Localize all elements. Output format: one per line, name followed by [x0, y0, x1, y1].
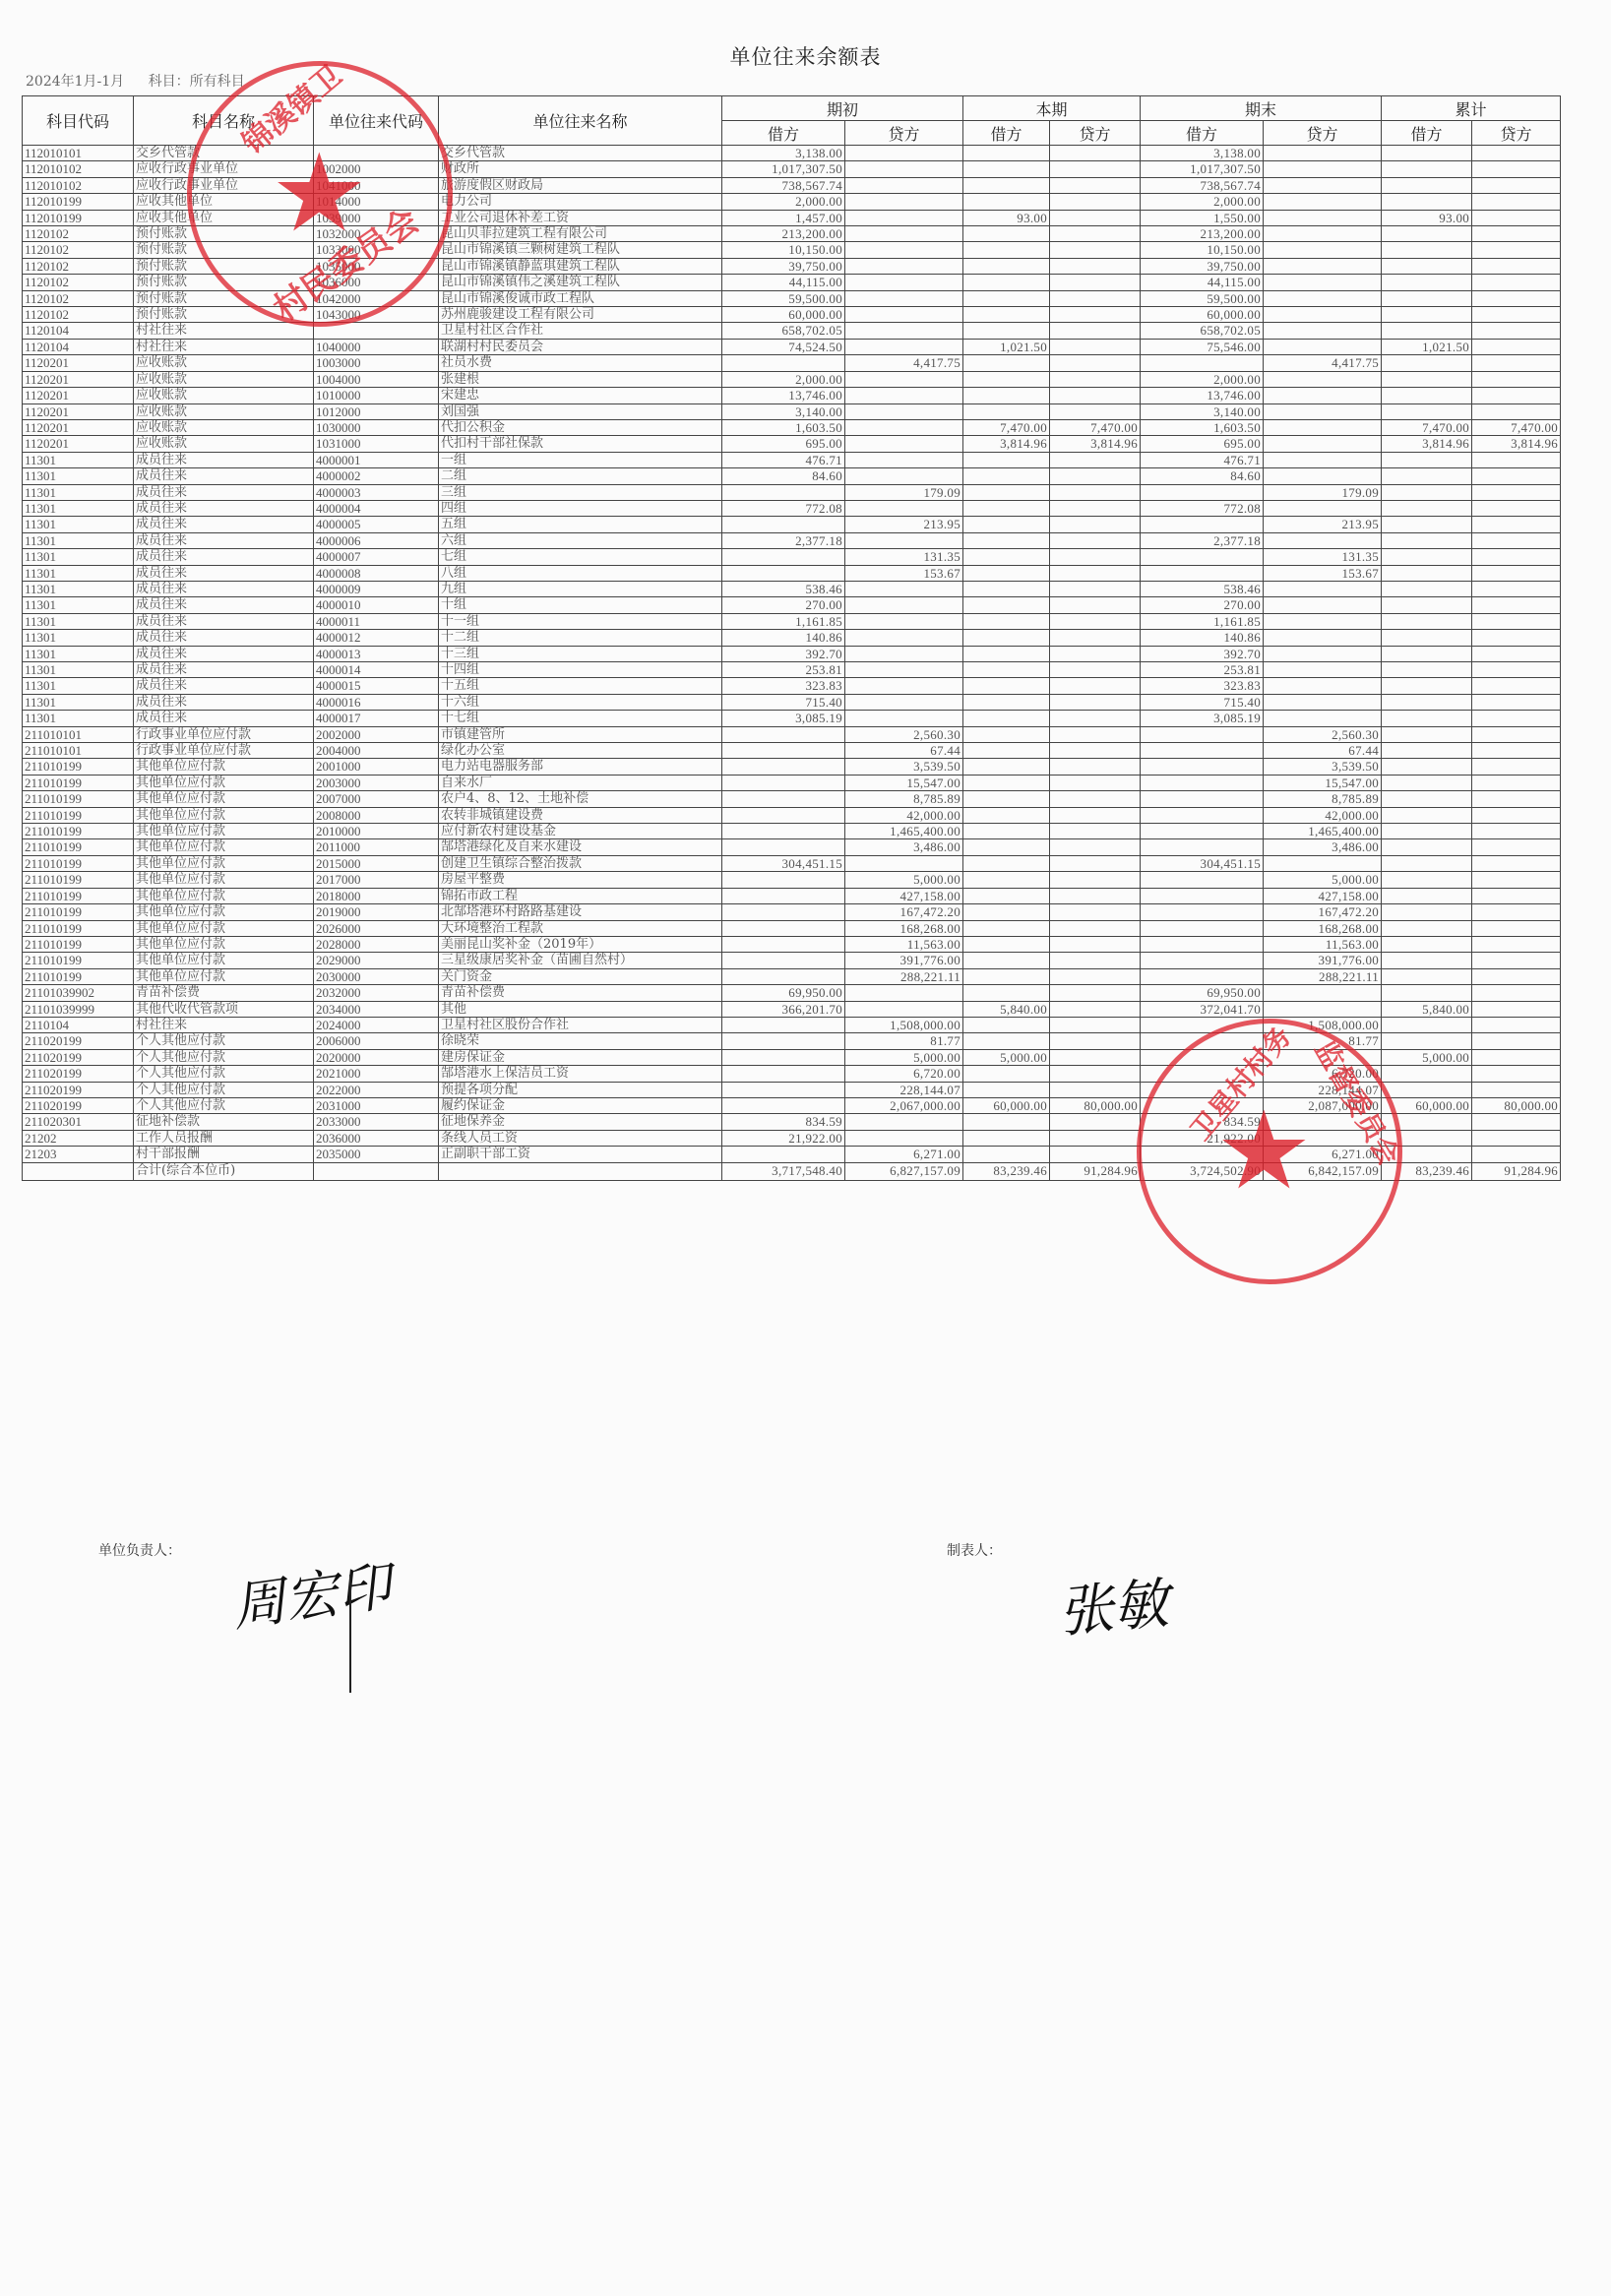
- cumulative-debit-cell: [1382, 1033, 1472, 1049]
- total-cumulative-credit: 91,284.96: [1472, 1162, 1561, 1180]
- subject-name-cell: 村社往来: [134, 339, 314, 354]
- table-row: 211020199个人其他应付款2022000预提各项分配228,144.072…: [23, 1082, 1561, 1097]
- opening-credit-cell: [845, 146, 963, 161]
- unit-code-cell: 2017000: [314, 872, 439, 888]
- closing-debit-cell: [1141, 936, 1264, 952]
- cumulative-credit-cell: [1472, 323, 1561, 339]
- current-credit-cell: [1050, 226, 1141, 242]
- opening-debit-cell: 695.00: [722, 436, 845, 452]
- subject-name-cell: 其他单位应付款: [134, 968, 314, 984]
- unit-name-cell: 十二组: [439, 630, 722, 646]
- table-row: 11301成员往来4000015十五组323.83323.83: [23, 678, 1561, 694]
- closing-debit-cell: [1141, 872, 1264, 888]
- table-row: 211010199其他单位应付款2030000关门资金288,221.11288…: [23, 968, 1561, 984]
- unit-name-cell: 条线人员工资: [439, 1130, 722, 1146]
- unit-name-cell: 卫星村社区合作社: [439, 323, 722, 339]
- unit-name-cell: 建房保证金: [439, 1049, 722, 1065]
- subject-name-cell: 其他单位应付款: [134, 888, 314, 903]
- subject-name-cell: 其他单位应付款: [134, 872, 314, 888]
- current-credit-cell: [1050, 775, 1141, 790]
- unit-name-cell: 张建根: [439, 371, 722, 387]
- opening-debit-cell: 253.81: [722, 662, 845, 678]
- closing-debit-cell: [1141, 549, 1264, 565]
- cumulative-debit-cell: [1382, 1082, 1472, 1097]
- unit-code-cell: 2030000: [314, 968, 439, 984]
- opening-debit-cell: 270.00: [722, 597, 845, 613]
- subject-name-cell: 成员往来: [134, 517, 314, 532]
- cumulative-debit-cell: [1382, 323, 1472, 339]
- subject-name-cell: 其他代收代管款项: [134, 1001, 314, 1017]
- closing-debit-cell: 1,017,307.50: [1141, 161, 1264, 177]
- subject-code-cell: 211010199: [23, 920, 134, 936]
- opening-credit-cell: [845, 290, 963, 306]
- subject-name-cell: 成员往来: [134, 500, 314, 516]
- table-row: 11301成员往来4000016十六组715.40715.40: [23, 694, 1561, 710]
- unit-name-cell: 宋建忠: [439, 388, 722, 403]
- closing-debit-cell: [1141, 920, 1264, 936]
- cumulative-debit-cell: 7,470.00: [1382, 419, 1472, 435]
- opening-debit-cell: [722, 1017, 845, 1032]
- cumulative-credit-cell: [1472, 146, 1561, 161]
- cumulative-credit-cell: [1472, 226, 1561, 242]
- opening-credit-cell: [845, 855, 963, 871]
- closing-credit-cell: [1264, 1114, 1382, 1130]
- closing-debit-cell: [1141, 1066, 1264, 1082]
- subject-code-cell: 211010101: [23, 726, 134, 742]
- subject-code-cell: 1120104: [23, 339, 134, 354]
- opening-debit-cell: [722, 1066, 845, 1082]
- current-credit-cell: [1050, 1130, 1141, 1146]
- closing-credit-cell: [1264, 307, 1382, 323]
- opening-debit-cell: 772.08: [722, 500, 845, 516]
- cumulative-debit-cell: [1382, 500, 1472, 516]
- subject-code-cell: 211010101: [23, 743, 134, 759]
- subject-name-cell: 成员往来: [134, 532, 314, 548]
- opening-credit-cell: [845, 662, 963, 678]
- cumulative-credit-cell: [1472, 1033, 1561, 1049]
- current-credit-cell: [1050, 323, 1141, 339]
- table-row: 11301成员往来4000006六组2,377.182,377.18: [23, 532, 1561, 548]
- unit-code-cell: 2035000: [314, 1147, 439, 1162]
- unit-code-cell: 1010000: [314, 388, 439, 403]
- cumulative-credit-cell: [1472, 290, 1561, 306]
- subject-code-cell: 21101039999: [23, 1001, 134, 1017]
- current-debit-cell: [963, 646, 1050, 661]
- unit-code-cell: 2002000: [314, 726, 439, 742]
- table-row: 211010199其他单位应付款2029000三星级康居奖补金（苗圃自然村）39…: [23, 953, 1561, 968]
- cumulative-debit-cell: [1382, 726, 1472, 742]
- closing-credit-cell: [1264, 371, 1382, 387]
- opening-debit-cell: [722, 968, 845, 984]
- cumulative-credit-cell: [1472, 339, 1561, 354]
- current-credit-cell: [1050, 694, 1141, 710]
- cumulative-debit-cell: [1382, 953, 1472, 968]
- subject-code-cell: 211020199: [23, 1097, 134, 1113]
- subject-name-cell: 成员往来: [134, 581, 314, 596]
- closing-debit-cell: 2,377.18: [1141, 532, 1264, 548]
- subject-code-cell: 1120201: [23, 419, 134, 435]
- current-debit-cell: [963, 565, 1050, 581]
- closing-debit-cell: [1141, 565, 1264, 581]
- closing-debit-cell: [1141, 355, 1264, 371]
- current-debit-cell: [963, 985, 1050, 1001]
- unit-code-cell: 2026000: [314, 920, 439, 936]
- table-row: 211010199其他单位应付款2011000郜塔港绿化及自来水建设3,486.…: [23, 839, 1561, 855]
- unit-code-cell: 2018000: [314, 888, 439, 903]
- subject-code-cell: 1120102: [23, 258, 134, 274]
- opening-debit-cell: [722, 872, 845, 888]
- current-credit-cell: [1050, 1033, 1141, 1049]
- closing-credit-cell: 81.77: [1264, 1033, 1382, 1049]
- table-row: 1120104村社往来1040000联湖村村民委员会74,524.501,021…: [23, 339, 1561, 354]
- cumulative-debit-cell: [1382, 662, 1472, 678]
- current-debit-cell: [963, 953, 1050, 968]
- opening-credit-cell: 3,539.50: [845, 759, 963, 775]
- current-credit-cell: [1050, 824, 1141, 839]
- opening-credit-cell: 288,221.11: [845, 968, 963, 984]
- current-debit-cell: [963, 743, 1050, 759]
- subject-name-cell: 应收其他单位: [134, 210, 314, 225]
- closing-debit-cell: 13,746.00: [1141, 388, 1264, 403]
- current-credit-cell: [1050, 468, 1141, 484]
- table-row: 112010199应收其他单位1014000电力公司2,000.002,000.…: [23, 194, 1561, 210]
- header-debit: 借方: [722, 121, 845, 146]
- opening-debit-cell: [722, 791, 845, 807]
- closing-debit-cell: 84.60: [1141, 468, 1264, 484]
- table-row: 11301成员往来4000005五组213.95213.95: [23, 517, 1561, 532]
- current-debit-cell: [963, 597, 1050, 613]
- total-row: 合计(综合本位币)3,717,548.406,827,157.0983,239.…: [23, 1162, 1561, 1180]
- unit-code-cell: 4000016: [314, 694, 439, 710]
- closing-credit-cell: 213.95: [1264, 517, 1382, 532]
- opening-debit-cell: [722, 1147, 845, 1162]
- opening-debit-cell: 3,138.00: [722, 146, 845, 161]
- table-row: 11301成员往来4000003三组179.09179.09: [23, 484, 1561, 500]
- current-credit-cell: [1050, 839, 1141, 855]
- unit-name-cell: 郜塔港水上保洁员工资: [439, 1066, 722, 1082]
- current-debit-cell: [963, 307, 1050, 323]
- opening-debit-cell: 13,746.00: [722, 388, 845, 403]
- opening-debit-cell: 658,702.05: [722, 323, 845, 339]
- closing-debit-cell: [1141, 517, 1264, 532]
- closing-credit-cell: [1264, 452, 1382, 467]
- opening-debit-cell: 3,085.19: [722, 711, 845, 726]
- unit-code-cell: 4000009: [314, 581, 439, 596]
- header-credit: 贷方: [845, 121, 963, 146]
- closing-credit-cell: [1264, 1001, 1382, 1017]
- cumulative-credit-cell: [1472, 711, 1561, 726]
- current-credit-cell: [1050, 290, 1141, 306]
- cumulative-credit-cell: [1472, 613, 1561, 629]
- cumulative-credit-cell: [1472, 694, 1561, 710]
- opening-credit-cell: 228,144.07: [845, 1082, 963, 1097]
- opening-debit-cell: 69,950.00: [722, 985, 845, 1001]
- opening-credit-cell: 213.95: [845, 517, 963, 532]
- closing-debit-cell: 213,200.00: [1141, 226, 1264, 242]
- header-unit-name: 单位往来名称: [439, 96, 722, 146]
- closing-debit-cell: [1141, 824, 1264, 839]
- cumulative-debit-cell: [1382, 242, 1472, 258]
- current-debit-cell: [963, 226, 1050, 242]
- subject-code-cell: 211010199: [23, 775, 134, 790]
- current-credit-cell: [1050, 1114, 1141, 1130]
- subject-code-cell: 211010199: [23, 872, 134, 888]
- closing-debit-cell: 1,550.00: [1141, 210, 1264, 225]
- unit-code-cell: 1012000: [314, 403, 439, 419]
- subject-name-cell: 成员往来: [134, 662, 314, 678]
- header-cumulative: 累计: [1382, 96, 1561, 121]
- current-credit-cell: [1050, 872, 1141, 888]
- current-debit-cell: [963, 355, 1050, 371]
- period: 2024年1月-1月: [26, 74, 124, 90]
- subject-code-cell: 211010199: [23, 904, 134, 920]
- cumulative-debit-cell: [1382, 549, 1472, 565]
- table-row: 11301成员往来4000017十七组3,085.193,085.19: [23, 711, 1561, 726]
- subject-name-cell: 成员往来: [134, 597, 314, 613]
- cumulative-credit-cell: [1472, 1001, 1561, 1017]
- unit-code-cell: 1036000: [314, 275, 439, 290]
- opening-credit-cell: [845, 468, 963, 484]
- table-row: 11301成员往来4000007七组131.35131.35: [23, 549, 1561, 565]
- opening-debit-cell: 59,500.00: [722, 290, 845, 306]
- subject-code-cell: 1120102: [23, 290, 134, 306]
- subject-code-cell: 11301: [23, 711, 134, 726]
- subject-name-cell: 成员往来: [134, 549, 314, 565]
- subject-name-cell: 其他单位应付款: [134, 920, 314, 936]
- current-debit-cell: 3,814.96: [963, 436, 1050, 452]
- closing-credit-cell: [1264, 630, 1382, 646]
- subject-code-cell: 11301: [23, 517, 134, 532]
- closing-credit-cell: 2,560.30: [1264, 726, 1382, 742]
- table-row: 1120102预付账款1042000昆山市锦溪俊诚市政工程队59,500.005…: [23, 290, 1561, 306]
- cumulative-debit-cell: [1382, 177, 1472, 193]
- opening-debit-cell: [722, 775, 845, 790]
- opening-credit-cell: [845, 985, 963, 1001]
- current-credit-cell: [1050, 678, 1141, 694]
- subject-name-cell: 征地补偿款: [134, 1114, 314, 1130]
- current-debit-cell: [963, 275, 1050, 290]
- closing-credit-cell: [1264, 1130, 1382, 1146]
- total-current-credit: 91,284.96: [1050, 1162, 1141, 1180]
- current-debit-cell: [963, 468, 1050, 484]
- table-row: 211020301征地补偿款2033000征地保养金834.59834.59: [23, 1114, 1561, 1130]
- total-closing-debit: 3,724,502.90: [1141, 1162, 1264, 1180]
- cumulative-credit-cell: [1472, 662, 1561, 678]
- unit-name-cell: 昆山市锦溪俊诚市政工程队: [439, 290, 722, 306]
- unit-code-cell: 4000006: [314, 532, 439, 548]
- current-debit-cell: [963, 711, 1050, 726]
- table-row: 1120102预付账款1032000昆山贝菲拉建筑工程有限公司213,200.0…: [23, 226, 1561, 242]
- unit-code-cell: 2033000: [314, 1114, 439, 1130]
- subject-code-cell: 211020301: [23, 1114, 134, 1130]
- closing-credit-cell: [1264, 855, 1382, 871]
- cumulative-debit-cell: [1382, 630, 1472, 646]
- cumulative-credit-cell: [1472, 985, 1561, 1001]
- unit-name-cell: 征地保养金: [439, 1114, 722, 1130]
- subject-code-cell: 2110104: [23, 1017, 134, 1032]
- current-credit-cell: [1050, 791, 1141, 807]
- cumulative-credit-cell: 80,000.00: [1472, 1097, 1561, 1113]
- current-debit-cell: [963, 662, 1050, 678]
- closing-credit-cell: [1264, 388, 1382, 403]
- unit-name-cell: 电力公司: [439, 194, 722, 210]
- subject-code-cell: 211010199: [23, 791, 134, 807]
- cumulative-credit-cell: [1472, 759, 1561, 775]
- cumulative-debit-cell: [1382, 258, 1472, 274]
- current-credit-cell: [1050, 355, 1141, 371]
- subject-code-cell: 1120201: [23, 355, 134, 371]
- table-row: 211020199个人其他应付款2021000郜塔港水上保洁员工资6,720.0…: [23, 1066, 1561, 1082]
- opening-credit-cell: [845, 597, 963, 613]
- total-empty-cell: [439, 1162, 722, 1180]
- subject-name-cell: 行政事业单位应付款: [134, 743, 314, 759]
- closing-credit-cell: [1264, 194, 1382, 210]
- closing-credit-cell: 167,472.20: [1264, 904, 1382, 920]
- header-subject-name: 科目名称: [134, 96, 314, 146]
- unit-code-cell: 2006000: [314, 1033, 439, 1049]
- unit-name-cell: 正副职干部工资: [439, 1147, 722, 1162]
- cumulative-debit-cell: [1382, 872, 1472, 888]
- signature-stroke: [349, 1575, 351, 1693]
- closing-debit-cell: [1141, 726, 1264, 742]
- unit-name-cell: 预提各项分配: [439, 1082, 722, 1097]
- unit-code-cell: 4000010: [314, 597, 439, 613]
- subject-code-cell: 11301: [23, 565, 134, 581]
- opening-credit-cell: [845, 194, 963, 210]
- table-row: 1120102预付账款1036000昆山市锦溪镇伟之溪建筑工程队44,115.0…: [23, 275, 1561, 290]
- unit-name-cell: 代扣村干部社保款: [439, 436, 722, 452]
- cumulative-credit-cell: [1472, 371, 1561, 387]
- opening-credit-cell: 15,547.00: [845, 775, 963, 790]
- table-row: 1120201应收账款1012000刘国强3,140.003,140.00: [23, 403, 1561, 419]
- opening-credit-cell: [845, 161, 963, 177]
- unit-name-cell: 农户4、8、12、土地补偿: [439, 791, 722, 807]
- unit-code-cell: 1032000: [314, 226, 439, 242]
- closing-debit-cell: 695.00: [1141, 436, 1264, 452]
- cumulative-credit-cell: [1472, 1130, 1561, 1146]
- cumulative-credit-cell: [1472, 597, 1561, 613]
- cumulative-debit-cell: [1382, 1017, 1472, 1032]
- total-current-debit: 83,239.46: [963, 1162, 1050, 1180]
- subject-code-cell: 211010199: [23, 888, 134, 903]
- cumulative-credit-cell: [1472, 258, 1561, 274]
- current-debit-cell: [963, 726, 1050, 742]
- subject-name-cell: 个人其他应付款: [134, 1097, 314, 1113]
- cumulative-credit-cell: [1472, 388, 1561, 403]
- opening-debit-cell: [722, 824, 845, 839]
- opening-debit-cell: [722, 953, 845, 968]
- unit-name-cell: 美丽昆山奖补金（2019年）: [439, 936, 722, 952]
- closing-credit-cell: [1264, 646, 1382, 661]
- closing-debit-cell: 304,451.15: [1141, 855, 1264, 871]
- current-debit-cell: [963, 517, 1050, 532]
- closing-debit-cell: [1141, 775, 1264, 790]
- table-row: 112010101交乡代管款交乡代管款3,138.003,138.00: [23, 146, 1561, 161]
- closing-debit-cell: 834.59: [1141, 1114, 1264, 1130]
- cumulative-debit-cell: [1382, 517, 1472, 532]
- current-debit-cell: [963, 920, 1050, 936]
- opening-credit-cell: 5,000.00: [845, 1049, 963, 1065]
- cumulative-debit-cell: [1382, 146, 1472, 161]
- subject-code-cell: 11301: [23, 678, 134, 694]
- closing-debit-cell: 538.46: [1141, 581, 1264, 596]
- opening-debit-cell: 392.70: [722, 646, 845, 661]
- current-debit-cell: [963, 1017, 1050, 1032]
- table-row: 211010199其他单位应付款2001000电力站电器服务部3,539.503…: [23, 759, 1561, 775]
- cumulative-credit-cell: [1472, 646, 1561, 661]
- cumulative-credit-cell: [1472, 194, 1561, 210]
- opening-credit-cell: 42,000.00: [845, 807, 963, 823]
- current-credit-cell: [1050, 532, 1141, 548]
- opening-debit-cell: [722, 1097, 845, 1113]
- unit-name-cell: 锦拓市政工程: [439, 888, 722, 903]
- current-debit-cell: [963, 936, 1050, 952]
- closing-credit-cell: 2,087,000.00: [1264, 1097, 1382, 1113]
- unit-code-cell: 1033000: [314, 242, 439, 258]
- subject-code-cell: 11301: [23, 646, 134, 661]
- unit-name-cell: 电力站电器服务部: [439, 759, 722, 775]
- current-debit-cell: 93.00: [963, 210, 1050, 225]
- opening-debit-cell: [722, 904, 845, 920]
- subject-name-cell: 预付账款: [134, 258, 314, 274]
- subject-name-cell: 成员往来: [134, 452, 314, 467]
- unit-name-cell: 十三组: [439, 646, 722, 661]
- closing-credit-cell: [1264, 258, 1382, 274]
- cumulative-debit-cell: [1382, 613, 1472, 629]
- closing-credit-cell: 67.44: [1264, 743, 1382, 759]
- cumulative-debit-cell: [1382, 581, 1472, 596]
- current-debit-cell: [963, 807, 1050, 823]
- subject-name-cell: 个人其他应付款: [134, 1033, 314, 1049]
- subject-name-cell: 其他单位应付款: [134, 807, 314, 823]
- cumulative-credit-cell: [1472, 517, 1561, 532]
- opening-credit-cell: [845, 339, 963, 354]
- unit-code-cell: 1031000: [314, 436, 439, 452]
- current-debit-cell: [963, 484, 1050, 500]
- cumulative-debit-cell: [1382, 1147, 1472, 1162]
- closing-credit-cell: 11,563.00: [1264, 936, 1382, 952]
- subject-name-cell: 应收账款: [134, 371, 314, 387]
- cumulative-debit-cell: [1382, 646, 1472, 661]
- subject-name-cell: 预付账款: [134, 242, 314, 258]
- subject-code-cell: 11301: [23, 694, 134, 710]
- cumulative-debit-cell: [1382, 920, 1472, 936]
- unit-code-cell: 2024000: [314, 1017, 439, 1032]
- subject-name-cell: 其他单位应付款: [134, 775, 314, 790]
- subject-code-cell: 11301: [23, 662, 134, 678]
- unit-name-cell: 徐晓荣: [439, 1033, 722, 1049]
- unit-name-cell: 昆山市锦溪镇静蓝琪建筑工程队: [439, 258, 722, 274]
- closing-credit-cell: [1264, 177, 1382, 193]
- unit-name-cell: 十六组: [439, 694, 722, 710]
- total-cumulative-debit: 83,239.46: [1382, 1162, 1472, 1180]
- current-credit-cell: [1050, 194, 1141, 210]
- current-credit-cell: [1050, 1082, 1141, 1097]
- table-row: 211010101行政事业单位应付款2002000市镇建管所2,560.302,…: [23, 726, 1561, 742]
- opening-debit-cell: 834.59: [722, 1114, 845, 1130]
- opening-debit-cell: 140.86: [722, 630, 845, 646]
- current-debit-cell: [963, 839, 1050, 855]
- current-credit-cell: [1050, 888, 1141, 903]
- unit-name-cell: 二组: [439, 468, 722, 484]
- table-row: 1120201应收账款1031000代扣村干部社保款695.003,814.96…: [23, 436, 1561, 452]
- subject-name-cell: 预付账款: [134, 290, 314, 306]
- unit-code-cell: 2004000: [314, 743, 439, 759]
- unit-code-cell: 4000014: [314, 662, 439, 678]
- opening-credit-cell: 67.44: [845, 743, 963, 759]
- opening-debit-cell: [722, 1049, 845, 1065]
- table-row: 211010199其他单位应付款2015000创建卫生镇综合整治拨款304,45…: [23, 855, 1561, 871]
